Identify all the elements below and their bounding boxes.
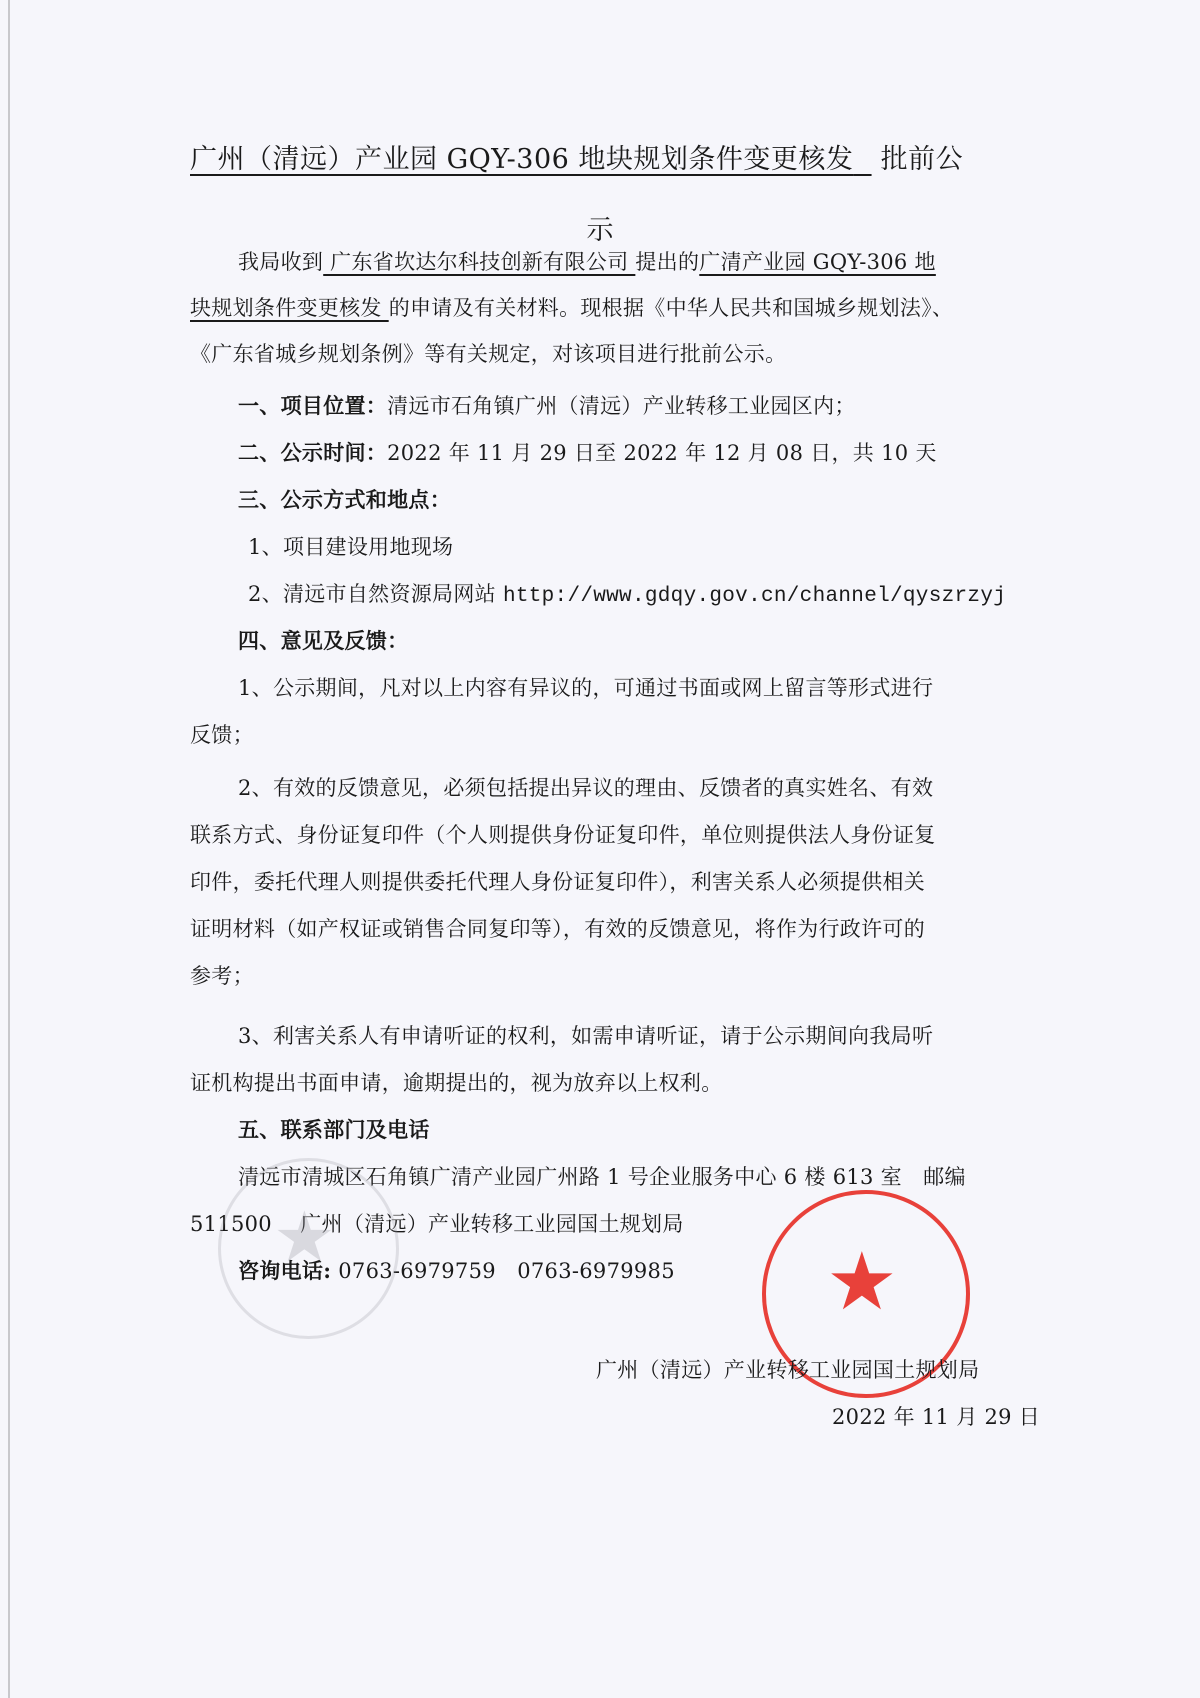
intro-line1: 我局收到 广东省坎达尔科技创新有限公司 提出的广清产业园 GQY-306 地 <box>238 247 936 277</box>
section3-label: 三、公示方式和地点： <box>238 485 451 515</box>
section2-text: 2022 年 11 月 29 日至 2022 年 12 月 08 日，共 10 … <box>387 441 937 465</box>
project-name-part2: 块规划条件变更核发 <box>190 296 389 320</box>
section4-item2-line4: 证明材料（如产权证或销售合同复印等），有效的反馈意见，将作为行政许可的 <box>190 914 925 944</box>
intro-prefix: 我局收到 <box>238 250 323 274</box>
section1-text: 清远市石角镇广州（清远）产业转移工业园区内； <box>387 394 856 418</box>
signature-date: 2022 年 11 月 29 日 <box>832 1402 1040 1432</box>
section4-item3-line1: 3、利害关系人有申请听证的权利，如需申请听证，请于公示期间向我局听 <box>238 1021 933 1051</box>
section1-label: 一、项目位置： <box>238 393 387 418</box>
section4-item2-line3: 印件，委托代理人则提供委托代理人身份证复印件），利害关系人必须提供相关 <box>190 867 925 897</box>
contact-phone: 咨询电话: 0763-6979759 0763-6979985 <box>238 1256 675 1286</box>
section4-item2-line2: 联系方式、身份证复印件（个人则提供身份证复印件，单位则提供法人身份证复 <box>190 820 936 850</box>
contact-address-line1: 清远市清城区石角镇广清产业园广州路 1 号企业服务中心 6 楼 613 室 邮编 <box>238 1162 966 1192</box>
section1: 一、项目位置：清远市石角镇广州（清远）产业转移工业园区内； <box>238 391 856 421</box>
section3-item2-prefix: 2、清远市自然资源局网站 <box>248 582 503 606</box>
intro-line2-rest: 的申请及有关材料。现根据《中华人民共和国城乡规划法》、 <box>389 296 954 320</box>
website-url[interactable]: http://www.gdqy.gov.cn/channel/qyszrzyj <box>503 585 1006 608</box>
section4-label: 四、意见及反馈： <box>238 626 408 656</box>
title-suffix: 批前公 <box>881 144 964 175</box>
section3-item2: 2、清远市自然资源局网站 http://www.gdqy.gov.cn/chan… <box>248 579 1006 612</box>
intro-line3: 《广东省城乡规划条例》等有关规定，对该项目进行批前公示。 <box>190 339 786 369</box>
document-title: 广州（清远）产业园 GQY-306 地块规划条件变更核发 批前公 <box>190 142 1040 178</box>
section3-item1: 1、项目建设用地现场 <box>248 532 453 562</box>
intro-line2: 块规划条件变更核发 的申请及有关材料。现根据《中华人民共和国城乡规划法》、 <box>190 293 953 323</box>
title-underlined: 广州（清远）产业园 GQY-306 地块规划条件变更核发 <box>190 144 853 175</box>
signature-org: 广州（清远）产业转移工业园国土规划局 <box>596 1355 979 1385</box>
section4-item3-line2: 证机构提出书面申请，逾期提出的，视为放弃以上权利。 <box>190 1068 723 1098</box>
section5-label: 五、联系部门及电话 <box>238 1115 430 1145</box>
contact-address-line2: 511500 广州（清远）产业转移工业园国土规划局 <box>190 1209 684 1239</box>
stamp-star-icon: ★ <box>826 1242 898 1322</box>
intro-mid: 提出的 <box>635 250 699 274</box>
section4-item1-line2: 反馈； <box>190 720 254 750</box>
phone-numbers: 0763-6979759 0763-6979985 <box>331 1259 675 1283</box>
section4-item2-line5: 参考； <box>190 961 254 991</box>
section4-item2-line1: 2、有效的反馈意见，必须包括提出异议的理由、反馈者的真实姓名、有效 <box>238 773 933 803</box>
section2: 二、公示时间：2022 年 11 月 29 日至 2022 年 12 月 08 … <box>238 438 937 468</box>
section2-label: 二、公示时间： <box>238 440 387 465</box>
applicant-name: 广东省坎达尔科技创新有限公司 <box>323 250 635 274</box>
document-page: 广州（清远）产业园 GQY-306 地块规划条件变更核发 批前公 示 我局收到 … <box>0 0 1200 1698</box>
section4-item1-line1: 1、公示期间，凡对以上内容有异议的，可通过书面或网上留言等形式进行 <box>238 673 933 703</box>
phone-label: 咨询电话: <box>238 1258 331 1283</box>
title-line2: 示 <box>0 208 1200 247</box>
project-name-part1: 广清产业园 GQY-306 地 <box>699 250 936 274</box>
